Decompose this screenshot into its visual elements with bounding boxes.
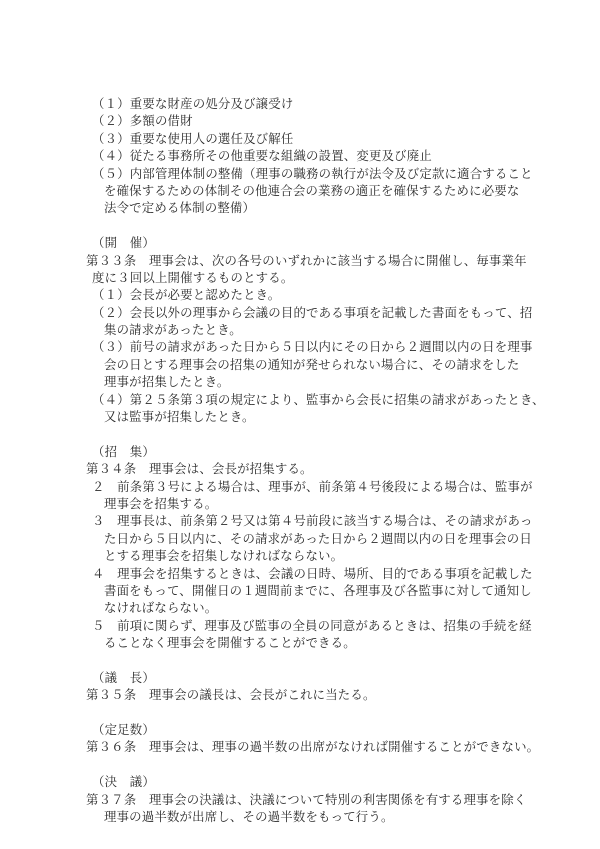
article-33: （開 催） 第３３条 理事会は、次の各号のいずれかに該当する場合に開催し、毎事業… (86, 234, 526, 425)
list-item-4: （４）従たる事務所その他重要な組織の設置、変更及び廃止 (86, 147, 526, 164)
article-heading: （議 長） (86, 669, 526, 686)
article-title: 第３３条 理事会は、次の各号のいずれかに該当する場合に開催し、毎事業年 (86, 252, 526, 269)
list-item-text: （２）多額の借財 (86, 112, 526, 129)
list-item-text: （１）重要な財産の処分及び譲受け (86, 95, 526, 112)
list-item-3: （３）重要な使用人の選任及び解任 (86, 130, 526, 147)
article-item: 集の請求があったとき。 (86, 321, 526, 338)
article-title: 第３４条 理事会は、会長が招集する。 (86, 460, 526, 477)
document-page: （１）重要な財産の処分及び譲受け （２）多額の借財 （３）重要な使用人の選任及び… (86, 95, 526, 825)
list-item-5: （５）内部管理体制の整備（理事の職務の執行が法令及び定款に適合すること を確保す… (86, 165, 526, 217)
article-title: 理事の過半数が出席し、その過半数をもって行う。 (86, 808, 526, 825)
article-item: 理事が招集したとき。 (86, 373, 526, 390)
list-item-text: （３）重要な使用人の選任及び解任 (86, 130, 526, 147)
article-heading: （定足数） (86, 721, 526, 738)
article-item: （２）会長以外の理事から会議の目的である事項を記載した書面をもって、招 (86, 304, 526, 321)
article-paragraph: とする理事会を招集しなければならない。 (86, 547, 526, 564)
list-item-2: （２）多額の借財 (86, 112, 526, 129)
list-top: （１）重要な財産の処分及び譲受け （２）多額の借財 （３）重要な使用人の選任及び… (86, 95, 526, 217)
article-title: 第３７条 理事会の決議は、決議について特別の利害関係を有する理事を除く (86, 791, 526, 808)
article-36: （定足数） 第３６条 理事会は、理事の過半数の出席がなければ開催することができな… (86, 721, 526, 756)
article-paragraph: なければならない。 (86, 599, 526, 616)
article-34: （招 集） 第３４条 理事会は、会長が招集する。 ２ 前条第３号による場合は、理… (86, 443, 526, 652)
article-paragraph: ることなく理事会を開催することができる。 (86, 634, 526, 651)
article-title: 第３５条 理事会の議長は、会長がこれに当たる。 (86, 686, 526, 703)
article-paragraph: ２ 前条第３号による場合は、理事が、前条第４号後段による場合は、監事が (86, 478, 526, 495)
article-37: （決 議） 第３７条 理事会の決議は、決議について特別の利害関係を有する理事を除… (86, 773, 526, 825)
article-paragraph: ５ 前項に関らず、理事及び監事の全員の同意があるときは、招集の手続を経 (86, 617, 526, 634)
article-item: （４）第２５条第３項の規定により、監事から会長に招集の請求があったとき、 (86, 391, 526, 408)
article-heading: （決 議） (86, 773, 526, 790)
article-item: （１）会長が必要と認めたとき。 (86, 286, 526, 303)
article-heading: （開 催） (86, 234, 526, 251)
article-35: （議 長） 第３５条 理事会の議長は、会長がこれに当たる。 (86, 669, 526, 704)
spacer (86, 217, 526, 234)
article-item: （３）前号の請求があった日から５日以内にその日から２週間以内の日を理事 (86, 338, 526, 355)
article-title: 度に３回以上開催するものとする。 (86, 269, 526, 286)
spacer (86, 652, 526, 669)
list-item-text: を確保するための体制その他連合会の業務の適正を確保するために必要な (86, 182, 526, 199)
article-heading: （招 集） (86, 443, 526, 460)
spacer (86, 704, 526, 721)
spacer (86, 425, 526, 442)
list-item-1: （１）重要な財産の処分及び譲受け (86, 95, 526, 112)
article-title: 第３６条 理事会は、理事の過半数の出席がなければ開催することができない。 (86, 738, 526, 755)
article-paragraph: 書面をもって、開催日の１週間前までに、各理事及び各監事に対して通知し (86, 582, 526, 599)
article-item: 又は監事が招集したとき。 (86, 408, 526, 425)
article-paragraph: た日から５日以内に、その請求があった日から２週間以内の日を理事会の日 (86, 530, 526, 547)
article-item: 会の日とする理事会の招集の通知が発せられない場合に、その請求をした (86, 356, 526, 373)
list-item-text: （４）従たる事務所その他重要な組織の設置、変更及び廃止 (86, 147, 526, 164)
article-paragraph: ４ 理事会を招集するときは、会議の日時、場所、目的である事項を記載した (86, 565, 526, 582)
article-paragraph: ３ 理事長は、前条第２号又は第４号前段に該当する場合は、その請求があっ (86, 512, 526, 529)
spacer (86, 756, 526, 773)
list-item-text: （５）内部管理体制の整備（理事の職務の執行が法令及び定款に適合すること (86, 165, 526, 182)
list-item-text: 法令で定める体制の整備） (86, 199, 526, 216)
article-paragraph: 理事会を招集する。 (86, 495, 526, 512)
